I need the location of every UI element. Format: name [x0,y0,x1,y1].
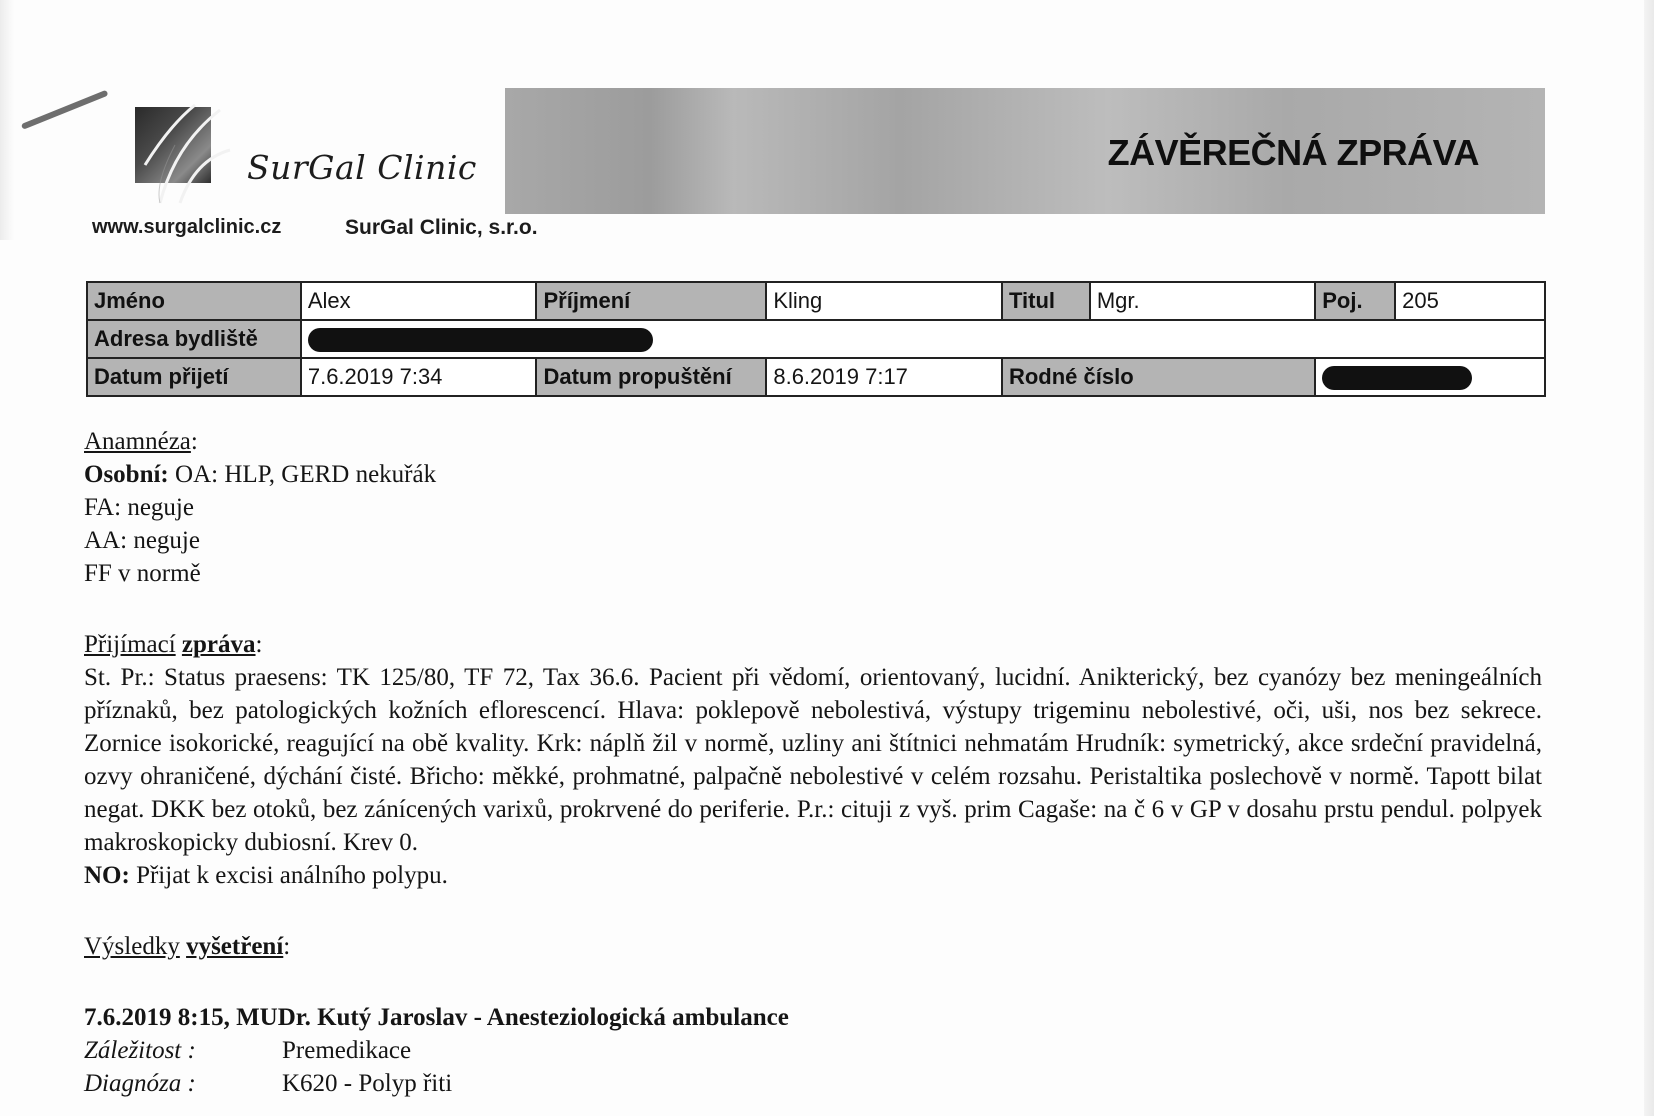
results-heading: Výsledky vyšetření: [84,930,1542,963]
title-label: Titul [1002,282,1090,320]
company-name: SurGal Clinic, s.r.o. [345,216,538,240]
surname-label: Příjmení [536,282,766,320]
discharge-date-label: Datum propuštění [536,358,766,396]
result-entry-field: Záležitost : Premedikace [84,1034,1542,1067]
first-name-label: Jméno [87,282,301,320]
surname-value: Kling [766,282,1002,320]
address-label: Adresa bydliště [87,320,301,358]
logo-swoosh-icon [115,85,245,215]
scan-page-edge [1644,0,1654,1116]
table-row: Jméno Alex Příjmení Kling Titul Mgr. Poj… [87,282,1545,320]
anamnesis-heading: Anamnéza: [84,425,1542,458]
scan-page-shadow [0,0,14,240]
birth-number-redaction [1322,366,1472,390]
allergy-history: AA: neguje [84,524,1542,557]
patient-info-table: Jméno Alex Příjmení Kling Titul Mgr. Poj… [86,281,1546,397]
first-name-value: Alex [301,282,537,320]
birth-number-value [1315,358,1545,396]
birth-number-label: Rodné číslo [1002,358,1315,396]
address-value [301,320,1545,358]
insurance-value: 205 [1395,282,1545,320]
table-row: Datum přijetí 7.6.2019 7:34 Datum propuš… [87,358,1545,396]
brand-name: SurGal Clinic [247,148,477,187]
title-banner: ZÁVĚREČNÁ ZPRÁVA [505,88,1545,214]
discharge-date-value: 8.6.2019 7:17 [766,358,1002,396]
insurance-label: Poj. [1315,282,1395,320]
physiological-functions: FF v normě [84,557,1542,590]
result-entry-field: Diagnóza : K620 - Polyp řiti [84,1067,1542,1100]
website-link[interactable]: www.surgalclinic.cz [92,216,281,239]
address-redaction [308,328,653,352]
personal-history: Osobní: OA: HLP, GERD nekuřák [84,458,1542,491]
admission-report-heading: Přijímací zpráva: [84,628,1542,661]
pen-mark [21,90,109,130]
result-entry-header: 7.6.2019 8:15, MUDr. Kutý Jaroslav - Ane… [84,1001,1542,1034]
title-value: Mgr. [1090,282,1315,320]
admission-note: NO: Přijat k excisi análního polypu. [84,859,1542,892]
family-history: FA: neguje [84,491,1542,524]
document-title: ZÁVĚREČNÁ ZPRÁVA [1108,132,1479,174]
admission-date-label: Datum přijetí [87,358,301,396]
report-body: Anamnéza: Osobní: OA: HLP, GERD nekuřák … [84,425,1542,1100]
table-row: Adresa bydliště [87,320,1545,358]
admission-date-value: 7.6.2019 7:34 [301,358,537,396]
status-praesens-paragraph: St. Pr.: Status praesens: TK 125/80, TF … [84,661,1542,859]
